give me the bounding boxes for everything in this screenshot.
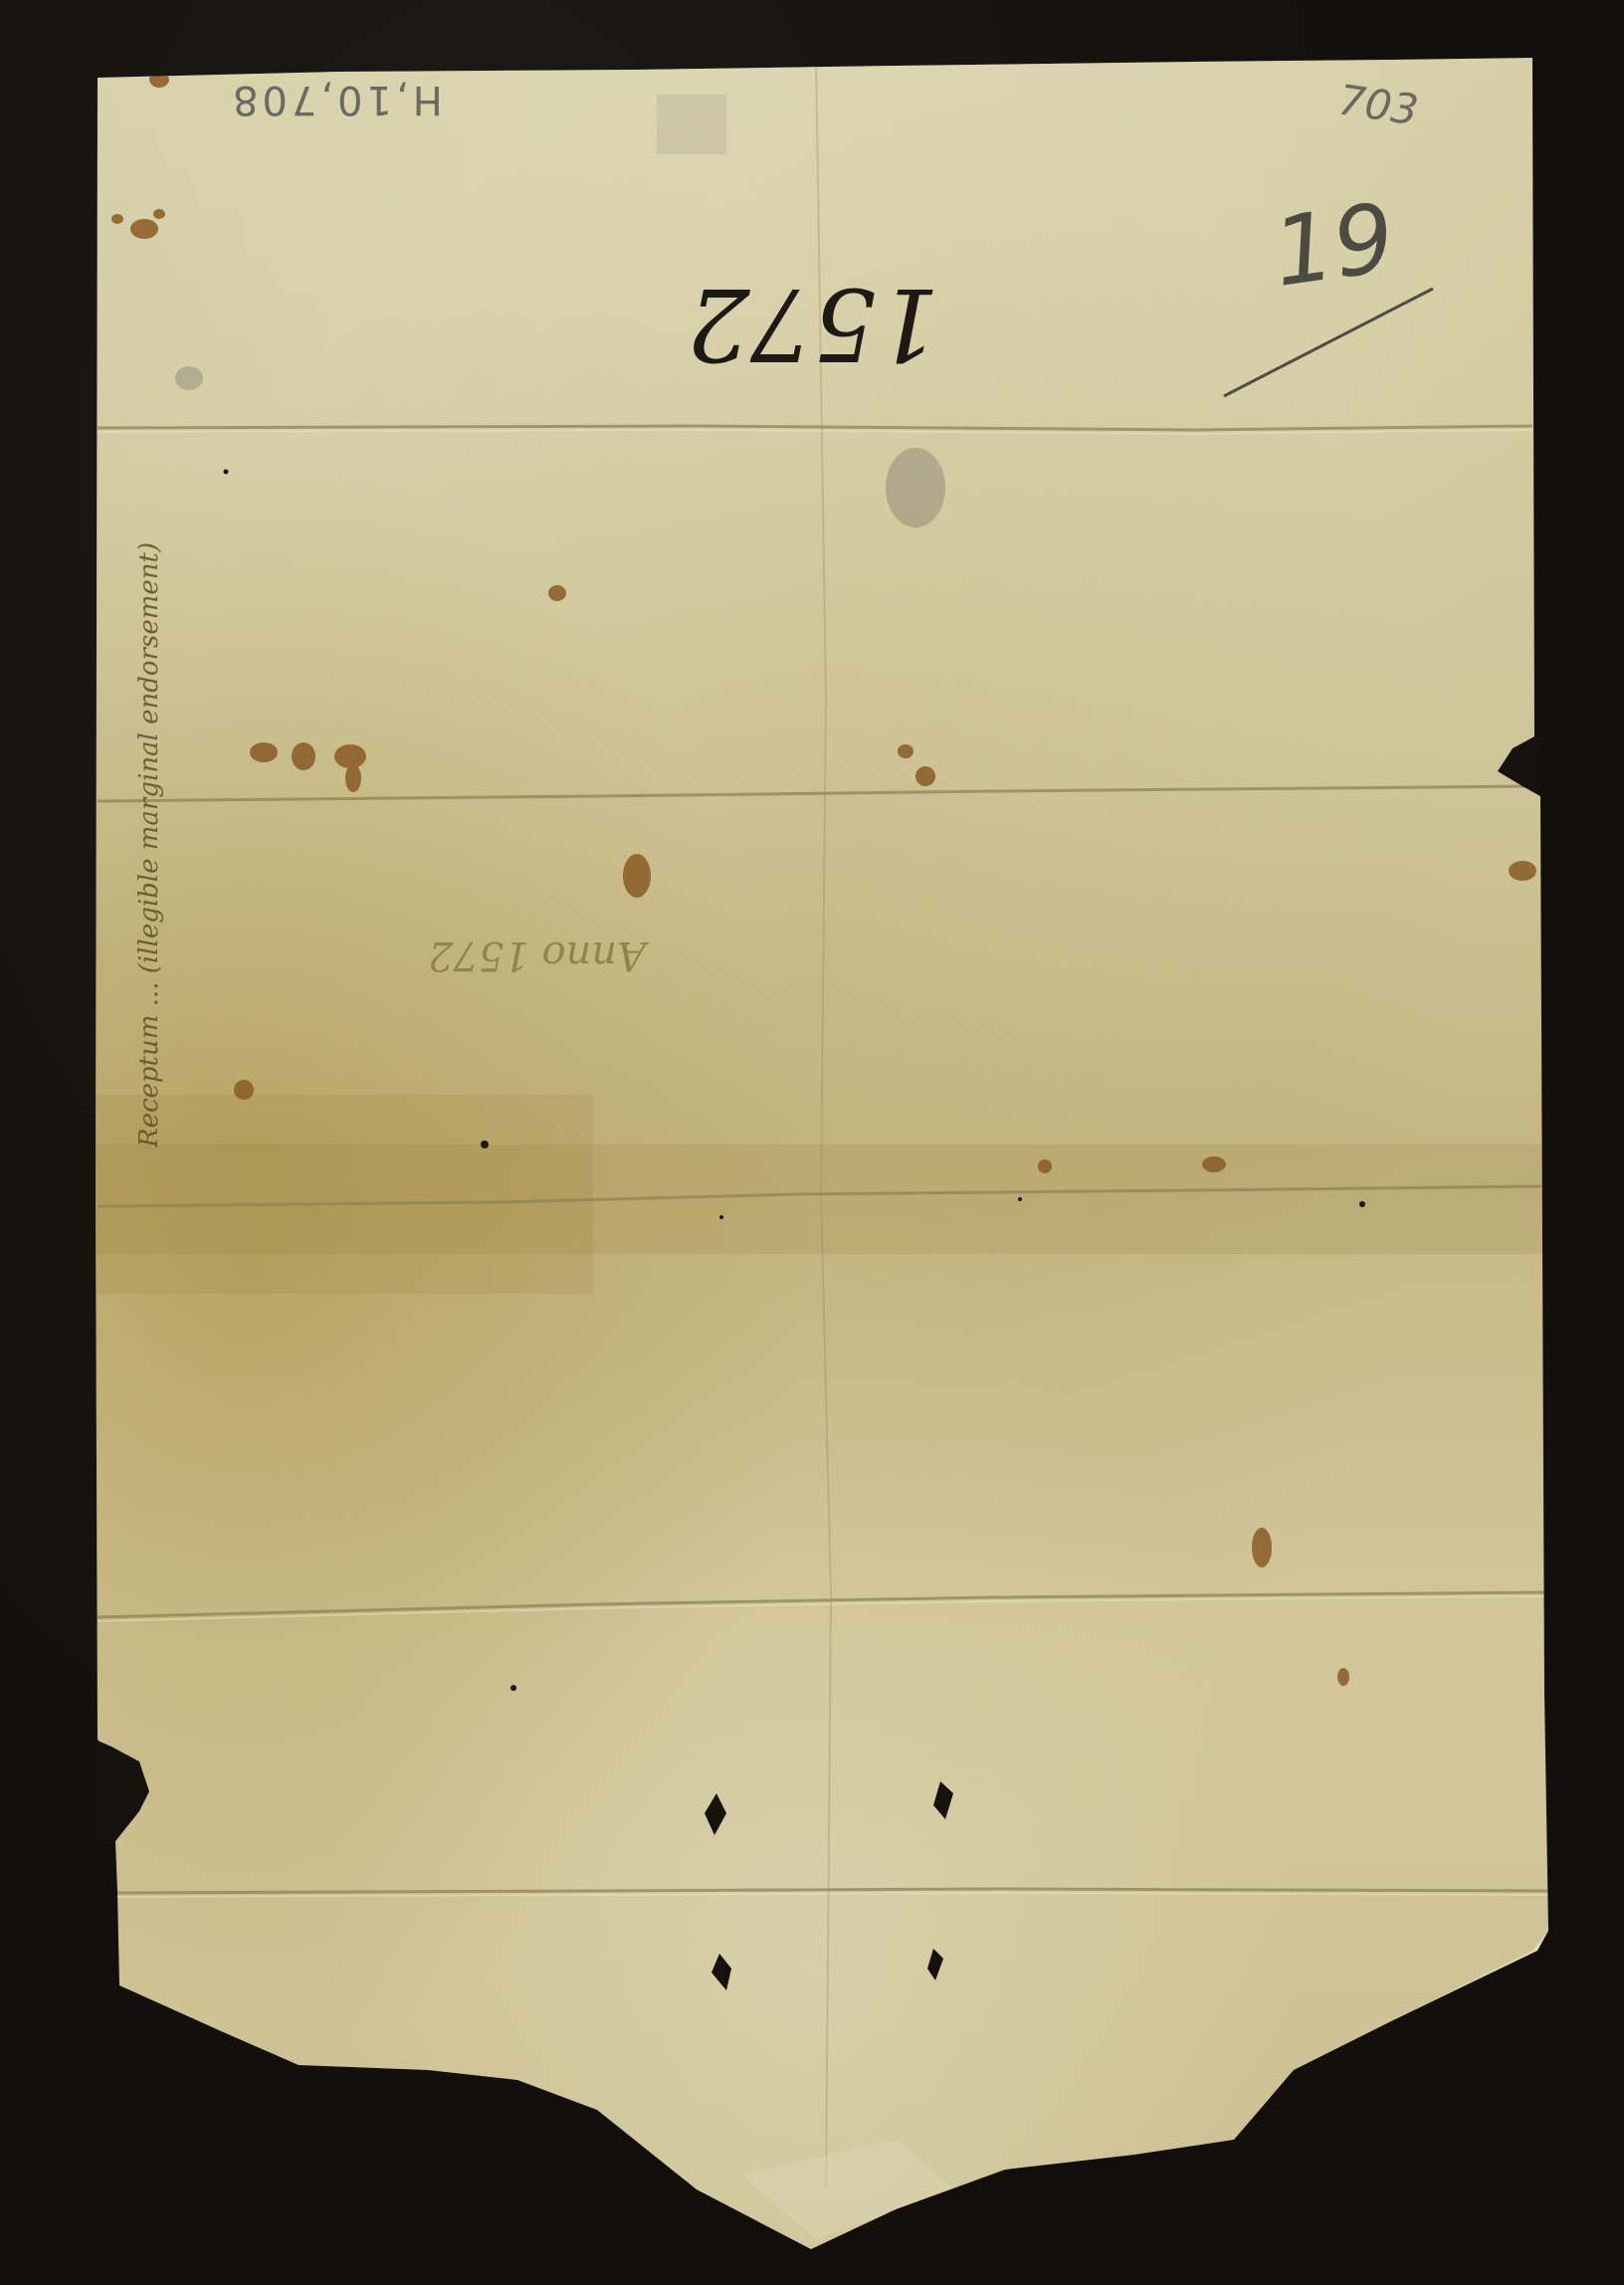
- date-inscription: 1572: [687, 274, 940, 373]
- folio-number-annotation: 703: [1335, 80, 1420, 132]
- faded-date-inscription: Anno 1572: [428, 935, 646, 975]
- parchment-sheet: H,10,708 703 19 1572 Anno 1572 Receptum …: [0, 0, 1624, 2285]
- shelfmark-annotation: H,10,708: [229, 80, 443, 119]
- marginal-endorsement: Receptum ... (illegible marginal endorse…: [136, 789, 162, 1147]
- item-number-annotation: 19: [1268, 191, 1400, 302]
